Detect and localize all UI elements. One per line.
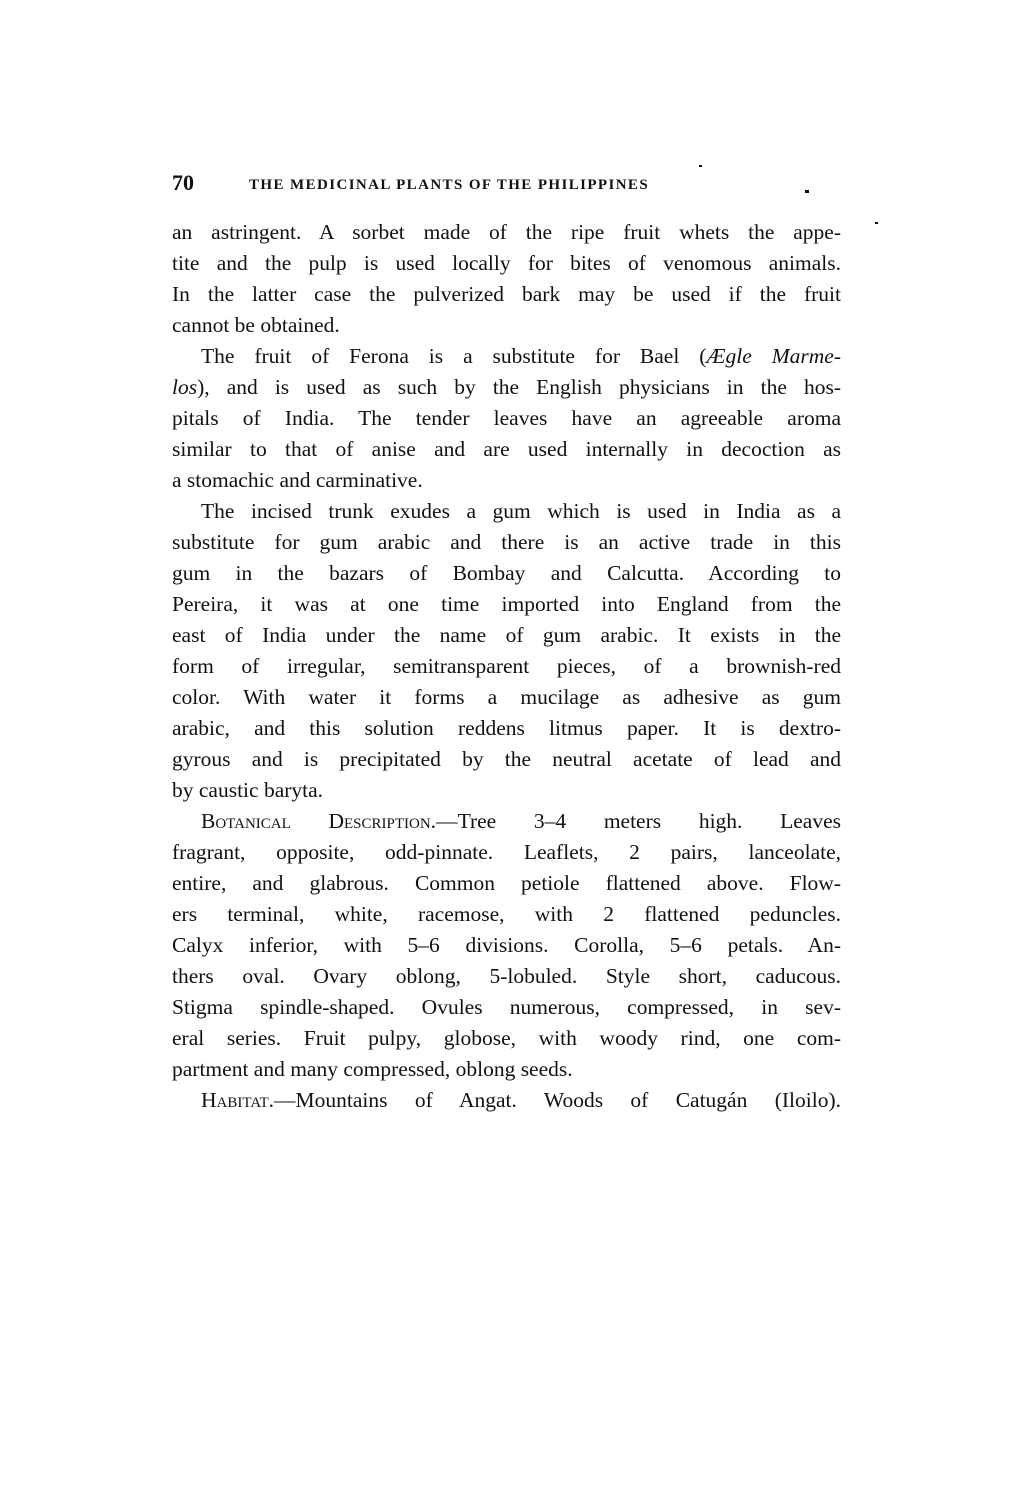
text-line: form of irregular, semitransparent piece… [172, 651, 841, 682]
text-line: partment and many compressed, oblong see… [172, 1054, 841, 1085]
species-name: los [172, 375, 197, 399]
text-line: gyrous and is precipitated by the neutra… [172, 744, 841, 775]
text-line: similar to that of anise and are used in… [172, 434, 841, 465]
paragraph-uses: an astringent. A sorbet made of the ripe… [172, 217, 841, 341]
text-line: ers terminal, white, racemose, with 2 fl… [172, 899, 841, 930]
body-text: an astringent. A sorbet made of the ripe… [172, 217, 841, 1116]
paragraph-ferona-substitute: The fruit of Ferona is a substitute for … [172, 341, 841, 496]
book-page: 70 THE MEDICINAL PLANTS OF THE PHILIPPIN… [0, 0, 1010, 1506]
paragraph-gum: The incised trunk exudes a gum which is … [172, 496, 841, 806]
text-line: color. With water it forms a mucilage as… [172, 682, 841, 713]
text-line: east of India under the name of gum arab… [172, 620, 841, 651]
text-line: thers oval. Ovary oblong, 5-lobuled. Sty… [172, 961, 841, 992]
section-habitat: Habitat.—Mountains of Angat. Woods of Ca… [172, 1085, 841, 1116]
print-speck [875, 222, 878, 224]
text-line: entire, and glabrous. Common petiole fla… [172, 868, 841, 899]
text-line: The fruit of Ferona is a substitute for … [172, 341, 841, 372]
text-line: substitute for gum arabic and there is a… [172, 527, 841, 558]
text-line: by caustic baryta. [172, 775, 841, 806]
text-line: Habitat.—Mountains of Angat. Woods of Ca… [172, 1085, 841, 1116]
text-line: Botanical Description.—Tree 3–4 meters h… [172, 806, 841, 837]
running-head: 70 THE MEDICINAL PLANTS OF THE PHILIPPIN… [172, 168, 852, 198]
text-line: Stigma spindle-shaped. Ovules numerous, … [172, 992, 841, 1023]
section-heading: Habitat. [201, 1088, 274, 1112]
text-line: eral series. Fruit pulpy, globose, with … [172, 1023, 841, 1054]
text-line: Pereira, it was at one time imported int… [172, 589, 841, 620]
text-line: gum in the bazars of Bombay and Calcutta… [172, 558, 841, 589]
text-line: fragrant, opposite, odd-pinnate. Leaflet… [172, 837, 841, 868]
text-line: Calyx inferior, with 5–6 divisions. Coro… [172, 930, 841, 961]
text-line: arabic, and this solution reddens litmus… [172, 713, 841, 744]
text-line: The incised trunk exudes a gum which is … [172, 496, 841, 527]
section-botanical-description: Botanical Description.—Tree 3–4 meters h… [172, 806, 841, 1085]
text-line: an astringent. A sorbet made of the ripe… [172, 217, 841, 248]
text-line: cannot be obtained. [172, 310, 841, 341]
page-number: 70 [172, 168, 194, 198]
running-title: THE MEDICINAL PLANTS OF THE PHILIPPINES [249, 170, 649, 200]
text-line: In the latter case the pulverized bark m… [172, 279, 841, 310]
text-line: pitals of India. The tender leaves have … [172, 403, 841, 434]
text-line: los), and is used as such by the English… [172, 372, 841, 403]
text-line: a stomachic and carminative. [172, 465, 841, 496]
text-line: tite and the pulp is used locally for bi… [172, 248, 841, 279]
species-name: Ægle Marme- [706, 344, 841, 368]
print-speck [699, 165, 702, 167]
section-heading: Botanical Description. [201, 809, 436, 833]
